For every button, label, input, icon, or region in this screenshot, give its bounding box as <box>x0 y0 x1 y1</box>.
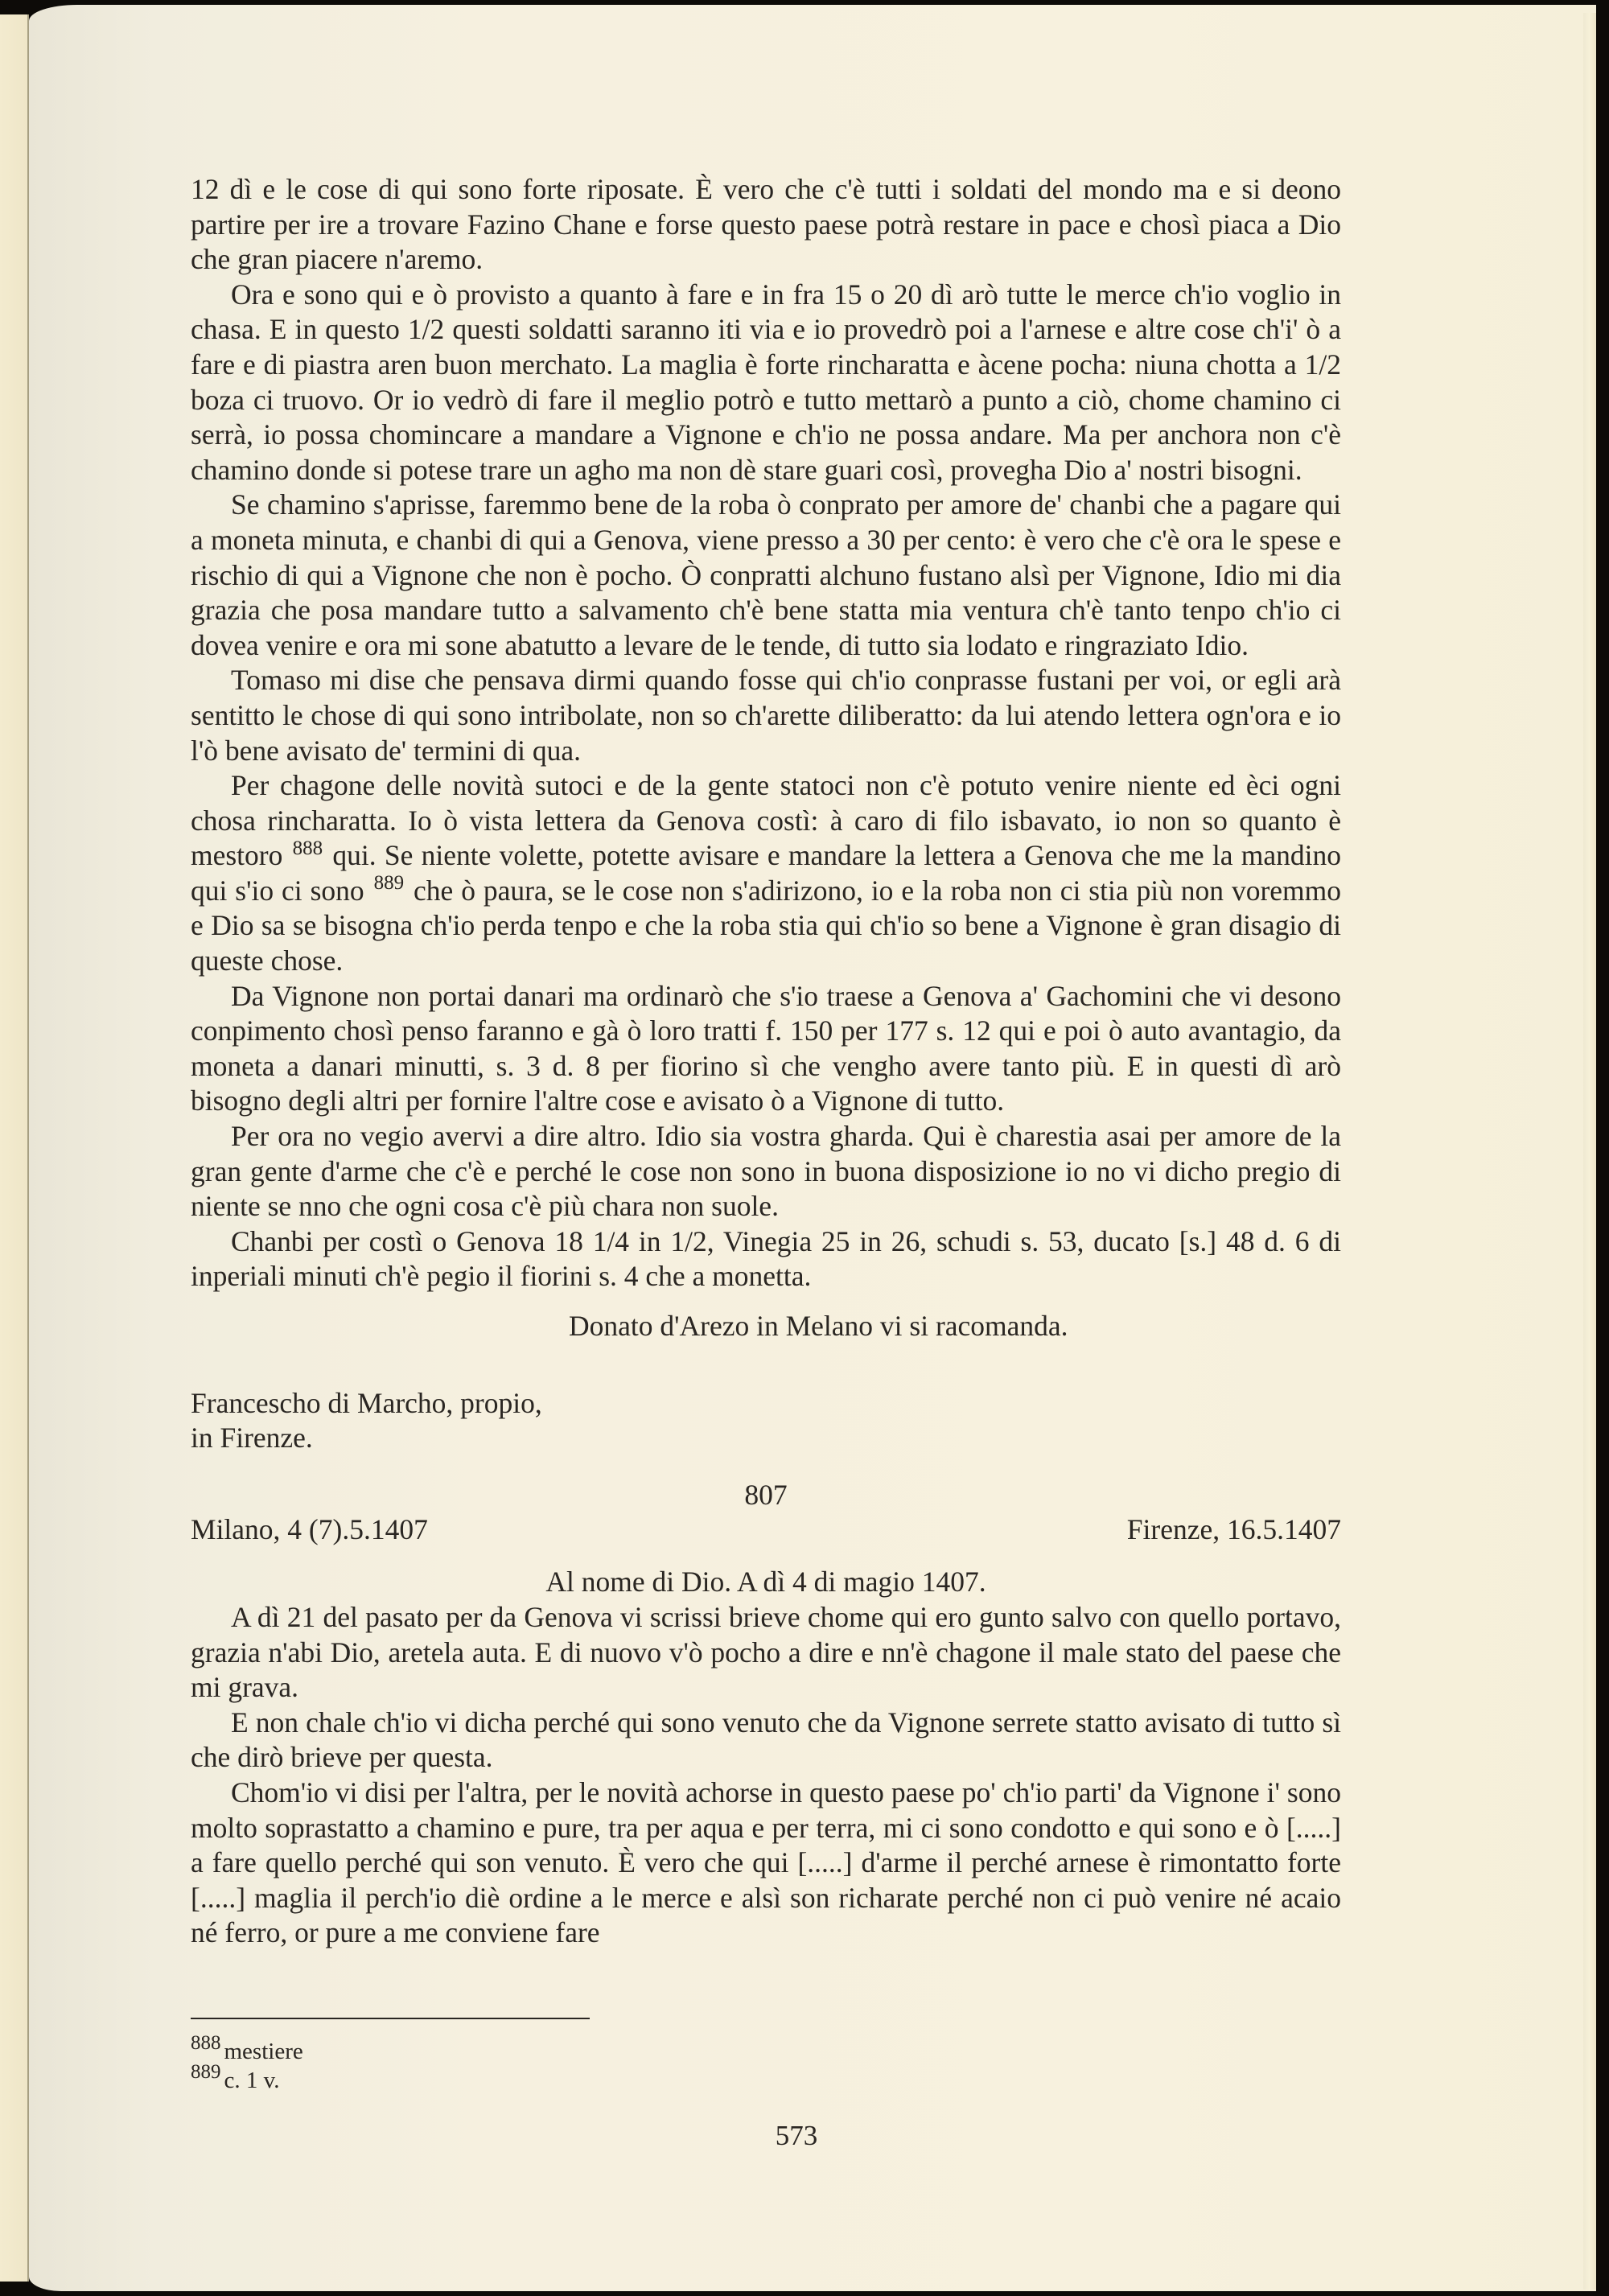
footnote-divider <box>191 2018 590 2019</box>
footnote-text: mestiere <box>224 2039 303 2064</box>
letter-origin: Milano, 4 (7).5.1407 <box>191 1512 428 1548</box>
paragraph: Chom'io vi disi per l'altra, per le novi… <box>191 1775 1341 1951</box>
paragraph-with-footnotes: Per chagone delle novità sutoci e de la … <box>191 768 1341 979</box>
footnote-number: 889 <box>191 2061 224 2083</box>
paragraph: Tomaso mi dise che pensava dirmi quando … <box>191 663 1341 768</box>
main-text: 12 dì e le cose di qui sono forte riposa… <box>191 172 1341 1951</box>
letter-heading: Al nome di Dio. A dì 4 di magio 1407. <box>191 1565 1341 1600</box>
footnote-text: c. 1 v. <box>224 2068 280 2093</box>
footnote-number: 888 <box>191 2032 224 2054</box>
paragraph: Da Vignone non portai danari ma ordinarò… <box>191 979 1341 1119</box>
paragraph: Se chamino s'aprisse, faremmo bene de la… <box>191 488 1341 663</box>
footnote-ref-888[interactable]: 888 <box>291 837 325 859</box>
facing-page-edge <box>0 14 29 2282</box>
footnote-ref-889[interactable]: 889 <box>372 872 406 894</box>
footnotes: 888mestiere 889c. 1 v. <box>191 2037 303 2095</box>
address-recipient: Francescho di Marcho, propio, <box>191 1387 542 1419</box>
letter-signature: Donato d'Arezo in Melano vi si racomanda… <box>191 1309 1341 1344</box>
letter-meta: Milano, 4 (7).5.1407 Firenze, 16.5.1407 <box>191 1512 1341 1548</box>
address-line: Francescho di Marcho, propio,in Firenze. <box>191 1386 1341 1456</box>
paragraph: E non chale ch'io vi dicha perché qui so… <box>191 1706 1341 1775</box>
address-city: in Firenze. <box>191 1422 313 1454</box>
paragraph: Per ora no vegio avervi a dire altro. Id… <box>191 1119 1341 1224</box>
page-fore-edge <box>1583 13 1596 2290</box>
paragraph: Ora e sono qui e ò provisto a quanto à f… <box>191 278 1341 488</box>
paragraph: A dì 21 del pasato per da Genova vi scri… <box>191 1600 1341 1706</box>
page-number: 573 <box>748 2120 845 2152</box>
paragraph: Chanbi per costì o Genova 18 1/4 in 1/2,… <box>191 1224 1341 1294</box>
paragraph-continuation: 12 dì e le cose di qui sono forte riposa… <box>191 172 1341 278</box>
letter-number: 807 <box>191 1479 1341 1511</box>
footnote-889: 889c. 1 v. <box>191 2066 303 2095</box>
letter-destination: Firenze, 16.5.1407 <box>1127 1512 1341 1548</box>
